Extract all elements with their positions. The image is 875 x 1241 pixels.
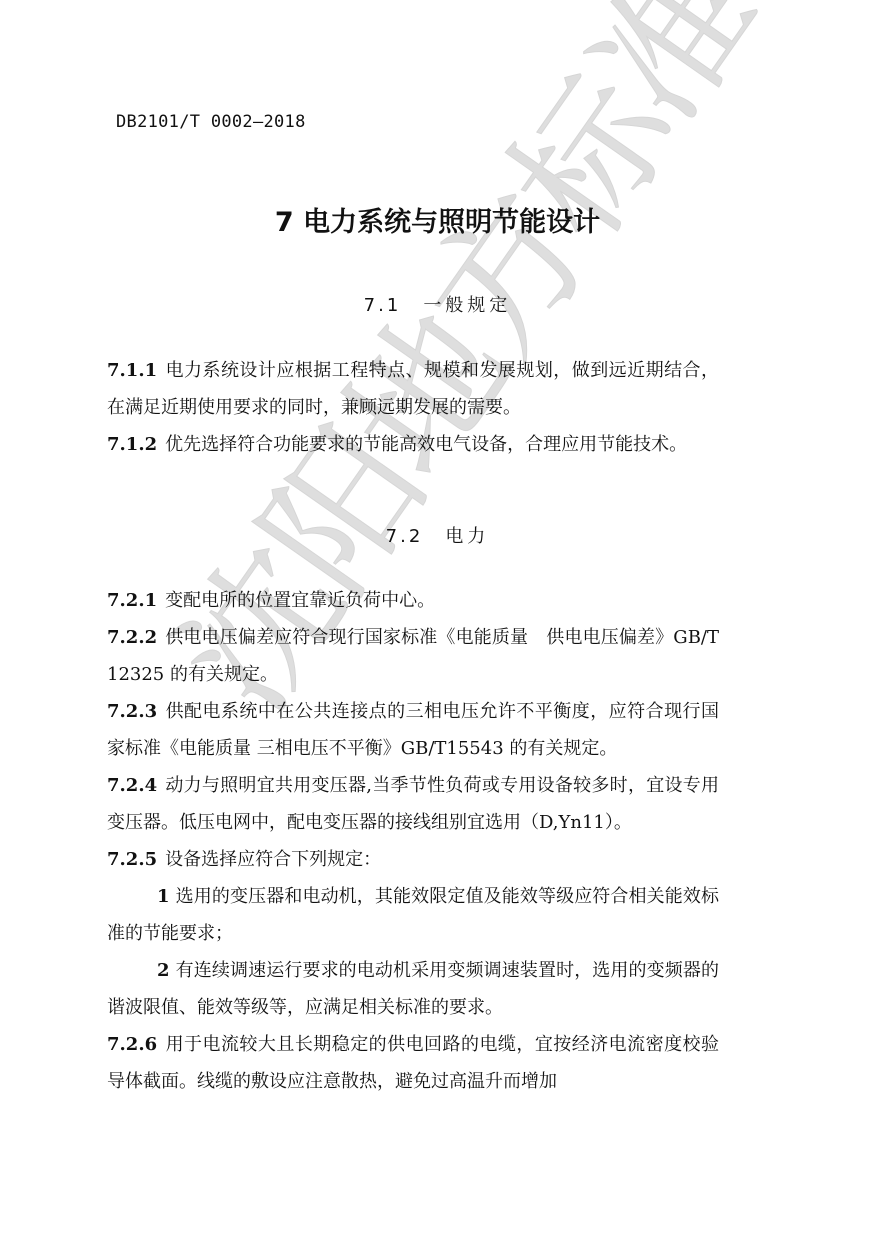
clause-number: 7.2.3 bbox=[107, 701, 157, 722]
clause-number: 7.2.4 bbox=[107, 775, 157, 796]
clause-7-2-1: 7.2.1变配电所的位置宜靠近负荷中心。 bbox=[107, 582, 719, 619]
item-text: 有连续调速运行要求的电动机采用变频调速装置时，选用的变频器的谐波限值、能效等级等… bbox=[107, 960, 719, 1018]
clause-text: 供配电系统中在公共连接点的三相电压允许不平衡度，应符合现行国家标准《电能质量 三… bbox=[107, 701, 719, 759]
clause-7-2-4: 7.2.4动力与照明宜共用变压器,当季节性负荷或专用设备较多时，宜设专用变压器。… bbox=[107, 767, 719, 841]
clause-7-1-2: 7.1.2优先选择符合功能要求的节能高效电气设备，合理应用节能技术。 bbox=[107, 426, 719, 463]
document-code: DB2101/T 0002—2018 bbox=[116, 112, 306, 132]
clause-number: 7.2.2 bbox=[107, 627, 157, 648]
clause-text: 供电电压偏差应符合现行国家标准《电能质量 供电电压偏差》GB/T 12325 的… bbox=[107, 627, 719, 685]
clause-text: 设备选择应符合下列规定： bbox=[165, 849, 381, 870]
section-title: 电力 bbox=[445, 526, 489, 547]
item-text: 选用的变压器和电动机，其能效限定值及能效等级应符合相关能效标准的节能要求； bbox=[107, 886, 719, 944]
clause-number: 7.2.5 bbox=[107, 849, 157, 870]
section-number: 7.2 bbox=[386, 526, 424, 547]
clause-7-2-6: 7.2.6用于电流较大且长期稳定的供电回路的电缆，宜按经济电流密度校验导体截面。… bbox=[107, 1026, 719, 1100]
clause-text: 动力与照明宜共用变压器,当季节性负荷或专用设备较多时，宜设专用变压器。低压电网中… bbox=[107, 775, 719, 833]
clause-text: 变配电所的位置宜靠近负荷中心。 bbox=[165, 590, 435, 611]
clause-number: 7.1.1 bbox=[107, 360, 157, 381]
clause-number: 7.1.2 bbox=[107, 434, 157, 455]
section-heading-7-2: 7.2电力 bbox=[0, 522, 875, 548]
clause-7-2-5-item-2: 2有连续调速运行要求的电动机采用变频调速装置时，选用的变频器的谐波限值、能效等级… bbox=[107, 952, 719, 1026]
clause-7-2-5: 7.2.5设备选择应符合下列规定： bbox=[107, 841, 719, 878]
section-heading-7-1: 7.1一般规定 bbox=[0, 291, 875, 317]
item-number: 1 bbox=[157, 886, 170, 907]
clause-number: 7.2.6 bbox=[107, 1034, 157, 1055]
section-body-7-2: 7.2.1变配电所的位置宜靠近负荷中心。 7.2.2供电电压偏差应符合现行国家标… bbox=[107, 582, 719, 1100]
item-number: 2 bbox=[157, 960, 170, 981]
clause-7-2-5-item-1: 1选用的变压器和电动机，其能效限定值及能效等级应符合相关能效标准的节能要求； bbox=[107, 878, 719, 952]
chapter-title: 7 电力系统与照明节能设计 bbox=[0, 200, 875, 239]
section-title: 一般规定 bbox=[423, 295, 511, 316]
clause-text: 用于电流较大且长期稳定的供电回路的电缆，宜按经济电流密度校验导体截面。线缆的敷设… bbox=[107, 1034, 719, 1092]
clause-7-1-1: 7.1.1电力系统设计应根据工程特点、规模和发展规划，做到远近期结合，在满足近期… bbox=[107, 352, 719, 426]
clause-text: 电力系统设计应根据工程特点、规模和发展规划，做到远近期结合，在满足近期使用要求的… bbox=[107, 360, 719, 418]
clause-7-2-2: 7.2.2供电电压偏差应符合现行国家标准《电能质量 供电电压偏差》GB/T 12… bbox=[107, 619, 719, 693]
clause-7-2-3: 7.2.3供配电系统中在公共连接点的三相电压允许不平衡度，应符合现行国家标准《电… bbox=[107, 693, 719, 767]
section-number: 7.1 bbox=[364, 295, 402, 316]
clause-text: 优先选择符合功能要求的节能高效电气设备，合理应用节能技术。 bbox=[165, 434, 687, 455]
clause-number: 7.2.1 bbox=[107, 590, 157, 611]
section-body-7-1: 7.1.1电力系统设计应根据工程特点、规模和发展规划，做到远近期结合，在满足近期… bbox=[107, 352, 719, 463]
